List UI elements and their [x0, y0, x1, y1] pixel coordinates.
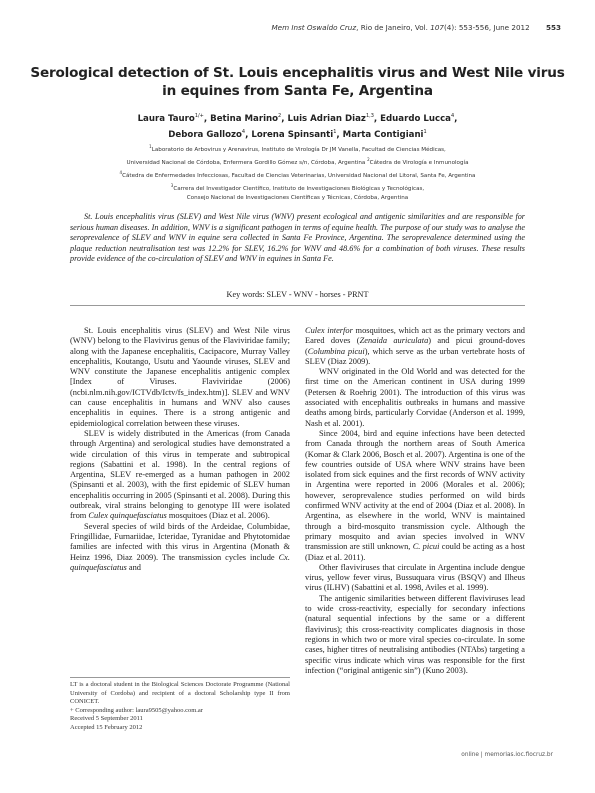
- author-affiliation-mark: 1: [424, 129, 427, 135]
- citation-text: , Rio de Janeiro, Vol.: [356, 23, 430, 32]
- affiliation-text: Universidad Nacional de Córdoba, Enferme…: [127, 160, 368, 166]
- affiliation-text: Cátedra de Enfermedades Infecciosas, Fac…: [122, 173, 475, 179]
- received-date: Received 5 September 2011: [70, 715, 290, 724]
- author-name: Lorena Spinsanti: [251, 130, 333, 140]
- species-name: Columbina picui: [308, 347, 365, 356]
- author-name: Debora Gallozo: [168, 130, 242, 140]
- footnote: LT is a doctoral student in the Biologic…: [70, 681, 290, 733]
- author-affiliation-mark: 1/+: [195, 113, 204, 119]
- keywords: Key words: SLEV - WNV - horses - PRNT: [30, 290, 565, 299]
- running-header: Mem Inst Oswaldo Cruz, Rio de Janeiro, V…: [271, 23, 561, 32]
- author-name: Laura Tauro: [138, 114, 195, 124]
- affiliation-line: 4Cátedra de Enfermedades Infecciosas, Fa…: [30, 168, 565, 181]
- section-divider: [70, 305, 525, 306]
- author-affiliation-mark: 1,3: [366, 113, 374, 119]
- affiliation-text: Carrera del Investigador Científico, Ins…: [173, 186, 424, 192]
- affiliation-text: Laboratorio de Arbovirus y Arenavirus, I…: [152, 147, 446, 153]
- paragraph-text: Several species of wild birds of the Ard…: [70, 522, 290, 562]
- page-footer-url: online | memorias.ioc.fiocruz.br: [461, 752, 553, 758]
- species-name: Culex interfor: [305, 326, 353, 335]
- funding-note: LT is a doctoral student in the Biologic…: [70, 681, 290, 707]
- body-paragraph: The antigenic similarities between diffe…: [305, 594, 525, 676]
- affiliation-line: Universidad Nacional de Córdoba, Enferme…: [30, 155, 565, 168]
- body-column-left: St. Louis encephalitis virus (SLEV) and …: [70, 326, 290, 573]
- affiliations: 1Laboratorio de Arbovirus y Arenavirus, …: [30, 142, 565, 203]
- body-paragraph: Other flaviviruses that circulate in Arg…: [305, 563, 525, 594]
- affiliation-text: Cátedra de Virología e Inmunología: [370, 160, 469, 166]
- issue-pages-date: (4): 553-556, June 2012: [444, 23, 530, 32]
- affiliation-text: Consejo Nacional de Investigaciones Cien…: [187, 195, 408, 201]
- species-name: Zenaida auriculata: [360, 336, 429, 345]
- affiliation-line: 3Carrera del Investigador Científico, In…: [30, 181, 565, 194]
- author-separator: ,: [454, 114, 457, 124]
- footnote-divider: [70, 677, 290, 678]
- abstract: St. Louis encephalitis virus (SLEV) and …: [70, 212, 525, 265]
- paragraph-text: mosquitoes (Diaz et al. 2006).: [167, 511, 270, 520]
- author-name: Betina Marino: [210, 114, 278, 124]
- page-number: 553: [546, 23, 561, 32]
- author-name: Eduardo Lucca: [380, 114, 451, 124]
- paragraph-text: and: [127, 563, 141, 572]
- body-paragraph: St. Louis encephalitis virus (SLEV) and …: [70, 326, 290, 429]
- body-paragraph: SLEV is widely distributed in the Americ…: [70, 429, 290, 522]
- affiliation-line: Consejo Nacional de Investigaciones Cien…: [30, 194, 565, 203]
- volume-number: 107: [430, 23, 444, 32]
- title-line-2: in equines from Santa Fe, Argentina: [30, 82, 565, 100]
- author-list: Laura Tauro1/+, Betina Marino2, Luis Adr…: [30, 110, 565, 143]
- body-paragraph: Culex interfor mosquitoes, which act as …: [305, 326, 525, 367]
- article-title: Serological detection of St. Louis encep…: [30, 64, 565, 100]
- body-paragraph: WNV originated in the Old World and was …: [305, 367, 525, 429]
- species-name: C. picui: [413, 542, 440, 551]
- title-line-1: Serological detection of St. Louis encep…: [30, 64, 565, 82]
- affiliation-line: 1Laboratorio de Arbovirus y Arenavirus, …: [30, 142, 565, 155]
- accepted-date: Accepted 15 February 2012: [70, 724, 290, 733]
- author-line-1: Laura Tauro1/+, Betina Marino2, Luis Adr…: [30, 110, 565, 126]
- author-name: Luis Adrian Diaz: [288, 114, 366, 124]
- paragraph-text: SLEV is widely distributed in the Americ…: [70, 429, 290, 520]
- body-paragraph: Since 2004, bird and equine infections h…: [305, 429, 525, 563]
- paragraph-text: Since 2004, bird and equine infections h…: [305, 429, 525, 551]
- corresponding-author: + Corresponding author: laura9505@yahoo.…: [70, 707, 290, 716]
- author-name: Marta Contigiani: [343, 130, 424, 140]
- body-paragraph: Several species of wild birds of the Ard…: [70, 522, 290, 573]
- species-name: Culex quinquefasciatus: [88, 511, 166, 520]
- journal-name: Mem Inst Oswaldo Cruz: [271, 23, 356, 32]
- body-column-right: Culex interfor mosquitoes, which act as …: [305, 326, 525, 676]
- author-line-2: Debora Gallozo4, Lorena Spinsanti1, Mart…: [30, 126, 565, 142]
